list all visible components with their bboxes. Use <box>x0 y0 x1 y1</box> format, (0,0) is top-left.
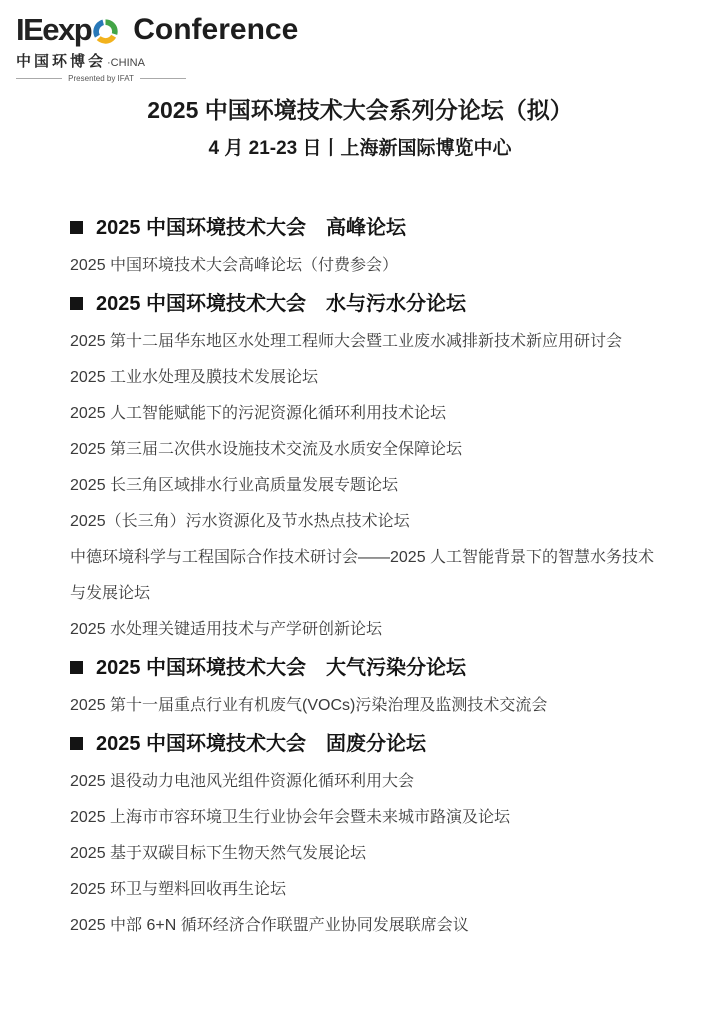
square-bullet-icon <box>70 661 83 674</box>
forum-section: 2025 中国环境技术大会 高峰论坛 2025 中国环境技术大会高峰论坛（付费参… <box>70 208 658 284</box>
forum-item: 2025 退役动力电池风光组件资源化循环利用大会 <box>70 764 658 800</box>
forum-item: 2025 水处理关键适用技术与产学研创新论坛 <box>70 612 658 648</box>
square-bullet-icon <box>70 297 83 310</box>
forum-item: 2025 第十一届重点行业有机废气(VOCs)污染治理及监测技术交流会 <box>70 688 658 724</box>
section-heading: 2025 中国环境技术大会 大气污染分论坛 <box>70 648 658 688</box>
forum-item: 2025 长三角区域排水行业高质量发展专题论坛 <box>70 468 658 504</box>
section-heading-text: 2025 中国环境技术大会 固废分论坛 <box>96 724 426 764</box>
section-heading: 2025 中国环境技术大会 水与污水分论坛 <box>70 284 658 324</box>
left-rule <box>16 78 62 79</box>
page-subtitle: 4 月 21-23 日丨上海新国际博览中心 <box>0 138 720 161</box>
section-item-list: 2025 中国环境技术大会高峰论坛（付费参会） <box>70 248 658 284</box>
section-item-list: 2025 第十二届华东地区水处理工程师大会暨工业废水减排新技术新应用研讨会202… <box>70 324 658 648</box>
square-bullet-icon <box>70 221 83 234</box>
brand-text-ieexp: IEexp <box>16 14 91 45</box>
section-heading-text: 2025 中国环境技术大会 水与污水分论坛 <box>96 284 466 324</box>
section-item-list: 2025 第十一届重点行业有机废气(VOCs)污染治理及监测技术交流会 <box>70 688 658 724</box>
section-heading: 2025 中国环境技术大会 高峰论坛 <box>70 208 658 248</box>
section-heading-text: 2025 中国环境技术大会 大气污染分论坛 <box>96 648 466 688</box>
brand-text-conference: Conference <box>133 15 298 45</box>
brand-swirl-o-icon <box>92 18 119 45</box>
forum-item: 2025 中部 6+N 循环经济合作联盟产业协同发展联席会议 <box>70 908 658 944</box>
right-rule <box>140 78 186 79</box>
forum-item: 2025 基于双碳目标下生物天然气发展论坛 <box>70 836 658 872</box>
forum-list: 2025 中国环境技术大会 高峰论坛 2025 中国环境技术大会高峰论坛（付费参… <box>0 161 720 944</box>
forum-item: 2025 人工智能赋能下的污泥资源化循环利用技术论坛 <box>70 396 658 432</box>
brand-presented-by-line: Presented by IFAT <box>16 74 186 83</box>
forum-item: 2025 第十二届华东地区水处理工程师大会暨工业废水减排新技术新应用研讨会 <box>70 324 658 360</box>
brand-wordmark: IEexp <box>16 14 119 45</box>
forum-section: 2025 中国环境技术大会 固废分论坛 2025 退役动力电池风光组件资源化循环… <box>70 724 658 944</box>
document-page: IEexp Conference 中国环博会·CHINA Presented b… <box>0 0 720 1018</box>
brand-presented-by: Presented by IFAT <box>68 74 134 83</box>
section-item-list: 2025 退役动力电池风光组件资源化循环利用大会2025 上海市市容环境卫生行业… <box>70 764 658 944</box>
forum-section: 2025 中国环境技术大会 水与污水分论坛 2025 第十二届华东地区水处理工程… <box>70 284 658 648</box>
brand-wordmark-row: IEexp Conference <box>16 14 276 45</box>
section-heading-text: 2025 中国环境技术大会 高峰论坛 <box>96 208 406 248</box>
brand-cn-name: 中国环博会 <box>16 53 106 70</box>
forum-item: 2025 工业水处理及膜技术发展论坛 <box>70 360 658 396</box>
brand-logo: IEexp Conference 中国环博会·CHINA Presented b… <box>16 14 276 83</box>
forum-item: 2025（长三角）污水资源化及节水热点技术论坛 <box>70 504 658 540</box>
square-bullet-icon <box>70 737 83 750</box>
forum-item: 2025 第三届二次供水设施技术交流及水质安全保障论坛 <box>70 432 658 468</box>
forum-item: 2025 上海市市容环境卫生行业协会年会暨未来城市路演及论坛 <box>70 800 658 836</box>
forum-item: 2025 中国环境技术大会高峰论坛（付费参会） <box>70 248 658 284</box>
brand-cn-line: 中国环博会·CHINA <box>16 50 276 71</box>
brand-cn-suffix: ·CHINA <box>107 57 145 69</box>
forum-section: 2025 中国环境技术大会 大气污染分论坛 2025 第十一届重点行业有机废气(… <box>70 648 658 724</box>
forum-item: 中德环境科学与工程国际合作技术研讨会——2025 人工智能背景下的智慧水务技术与… <box>70 540 658 612</box>
forum-item: 2025 环卫与塑料回收再生论坛 <box>70 872 658 908</box>
section-heading: 2025 中国环境技术大会 固废分论坛 <box>70 724 658 764</box>
